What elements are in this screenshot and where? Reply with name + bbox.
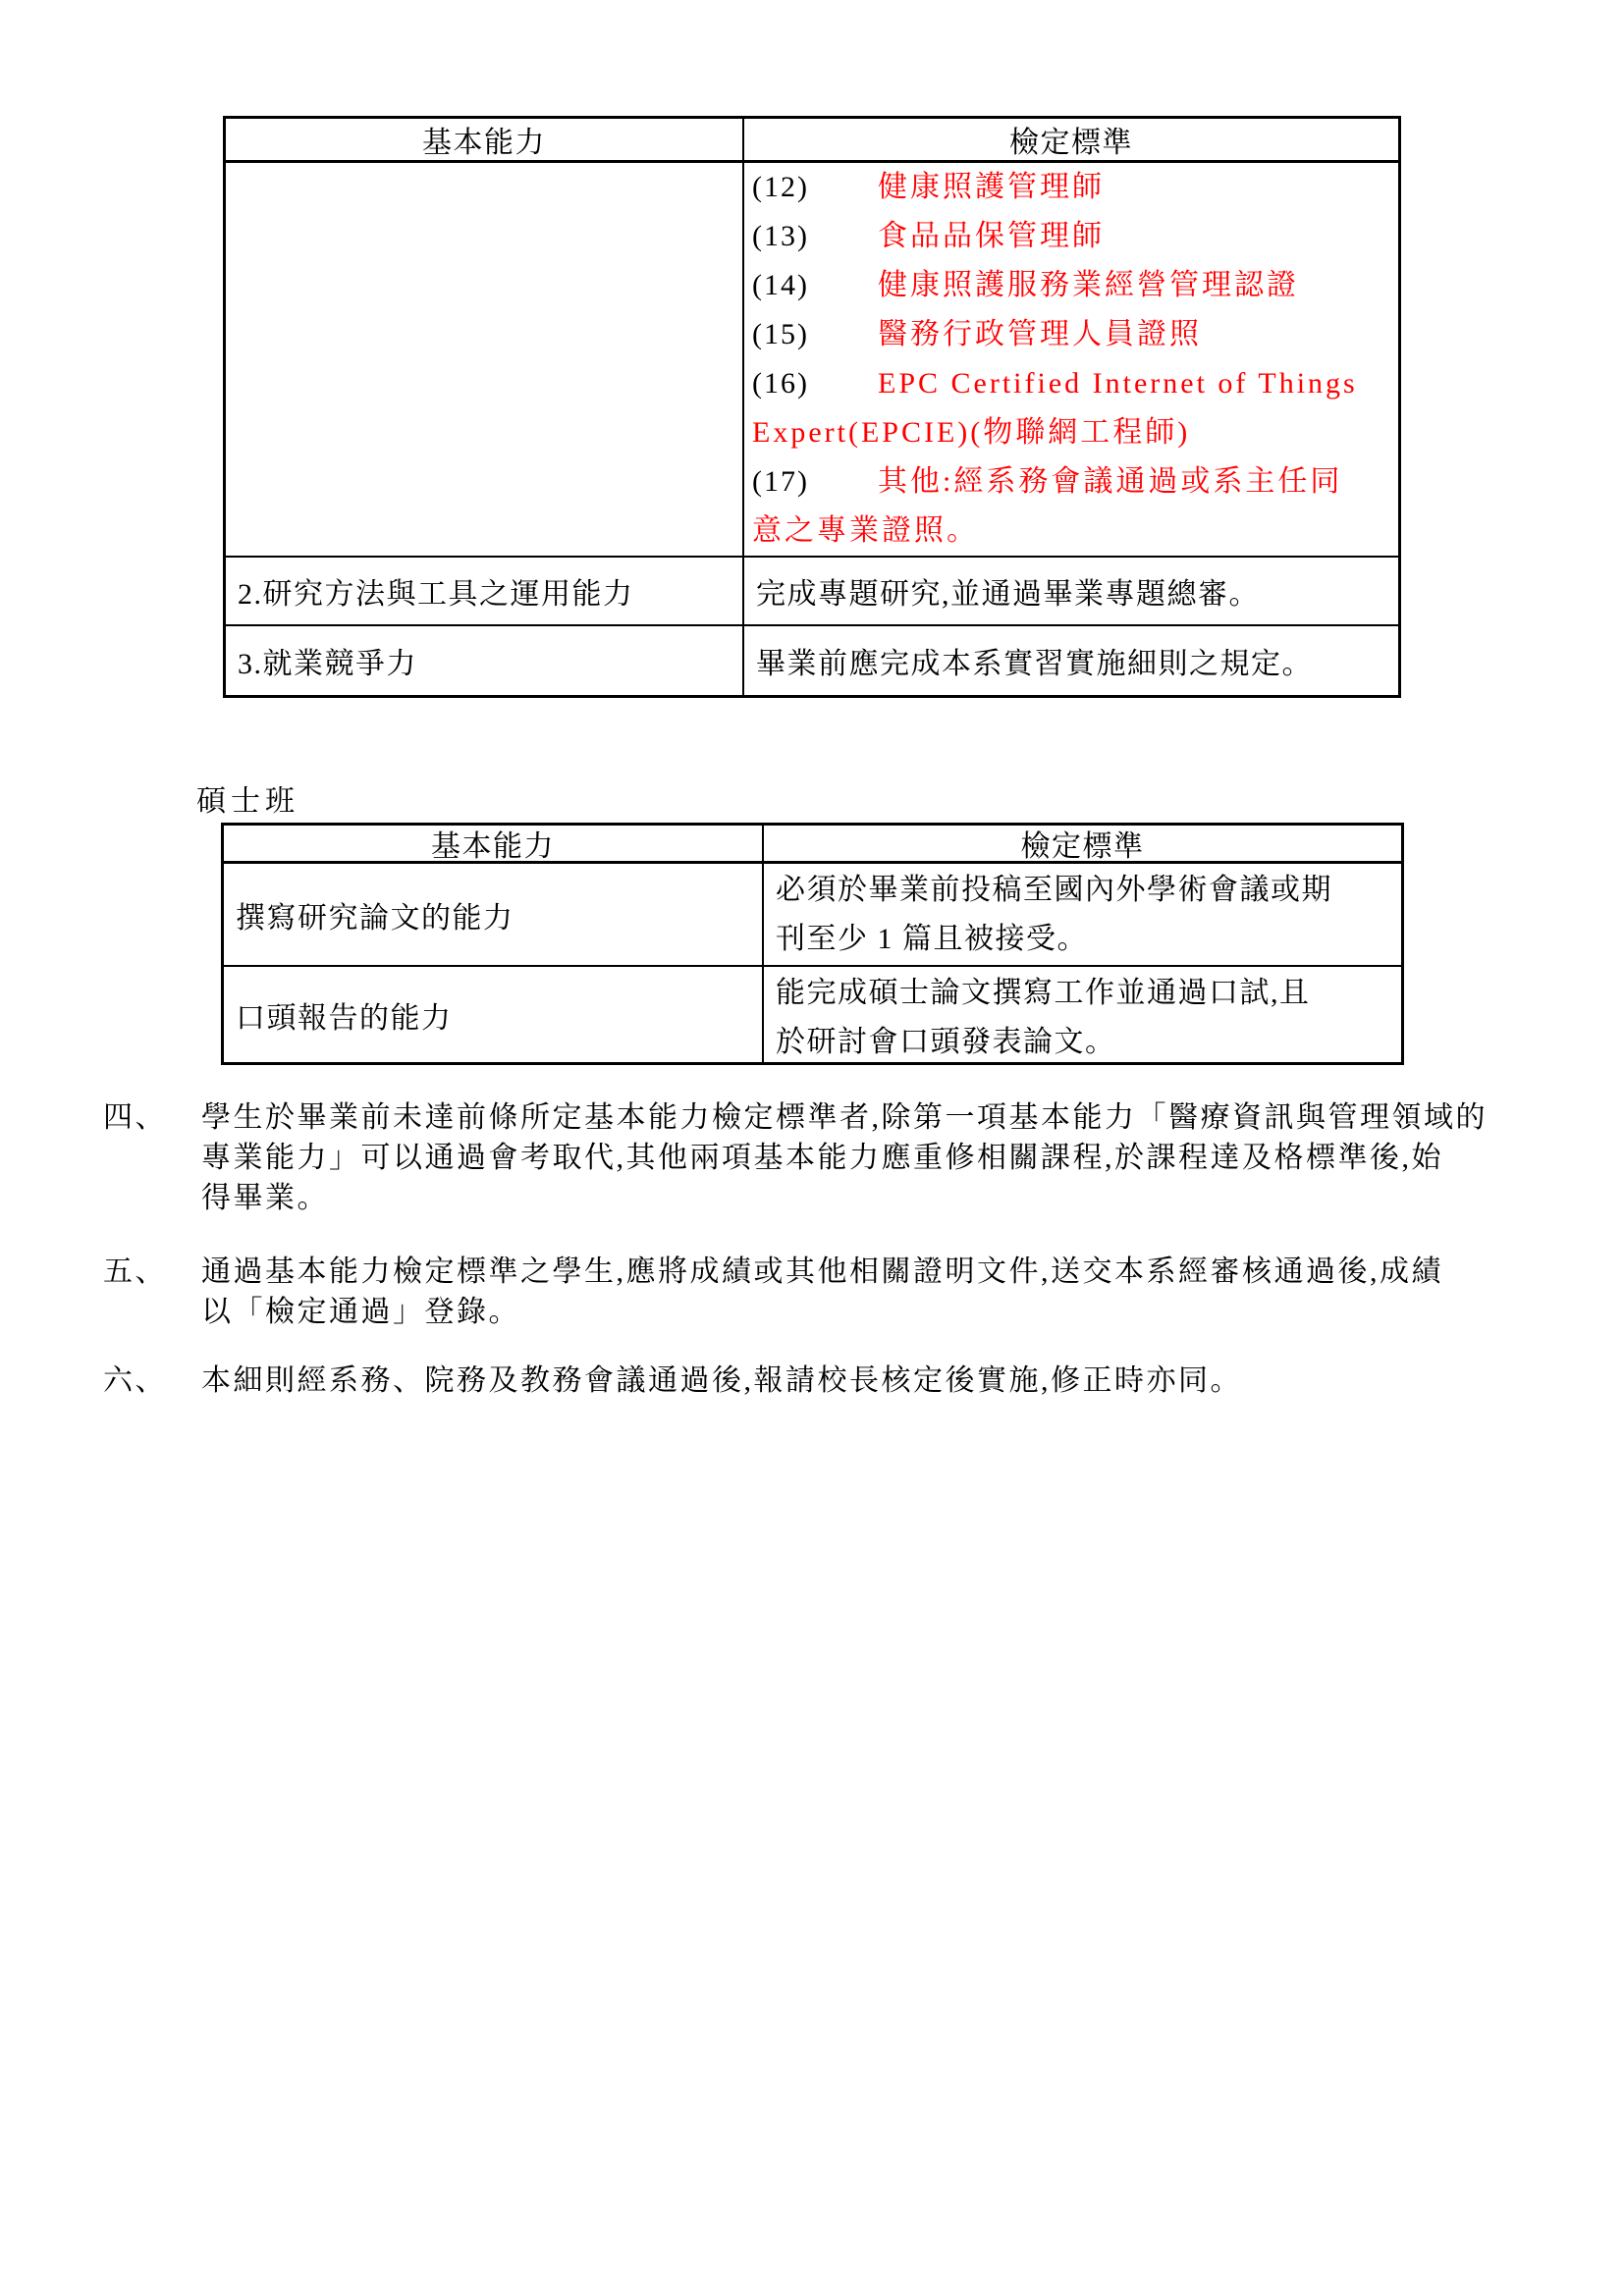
ability-cell: 3.就業競爭力	[226, 626, 744, 695]
standard-line: 必須於畢業前投稿至國內外學術會議或期	[776, 866, 1401, 915]
paragraph-body: 通過基本能力檢定標準之學生,應將成績或其他相關證明文件,送交本系經審核通過後,成…	[201, 1252, 1443, 1332]
paragraph-body: 學生於畢業前未達前條所定基本能力檢定標準者,除第一項基本能力「醫療資訊與管理領域…	[201, 1097, 1488, 1218]
paragraph-body: 本細則經系務、院務及教務會議通過後,報請校長核定後實施,修正時亦同。	[201, 1361, 1242, 1401]
table-row: 2.研究方法與工具之運用能力 完成專題研究,並通過畢業專題總審。	[226, 556, 1398, 624]
master-abilities-table: 基本能力 檢定標準 撰寫研究論文的能力 必須於畢業前投稿至國內外學術會議或期 刊…	[221, 823, 1404, 1065]
certificate-item: (13)食品品保管理師	[752, 212, 1398, 261]
certificate-number: (15)	[752, 310, 878, 359]
certificate-item: (16)EPC Certified Internet of Things	[752, 359, 1398, 408]
paragraph-marker: 五、	[103, 1252, 201, 1332]
certificate-number: (13)	[752, 212, 878, 261]
table-header-row: 基本能力 檢定標準	[224, 826, 1401, 864]
standard-cell: 完成專題研究,並通過畢業專題總審。	[744, 558, 1398, 624]
certificate-name: 健康照護服務業經營管理認證	[878, 269, 1299, 301]
header-certification-standard: 檢定標準	[744, 119, 1398, 160]
paragraph-line: 專業能力」可以通過會考取代,其他兩項基本能力應重修相關課程,於課程達及格標準後,…	[201, 1138, 1488, 1178]
paragraph-item-6: 六、 本細則經系務、院務及教務會議通過後,報請校長核定後實施,修正時亦同。	[103, 1361, 1242, 1401]
table-header-row: 基本能力 檢定標準	[226, 119, 1398, 163]
certificate-item: (14)健康照護服務業經營管理認證	[752, 261, 1398, 310]
certificate-item-continuation: 意之專業證照。	[752, 507, 1398, 556]
certificate-name: EPC Certified Internet of Things	[878, 367, 1358, 400]
certificate-number: (17)	[752, 457, 878, 507]
document-page: 基本能力 檢定標準 (12)健康照護管理師 (13)食品品保管理師 (14)健康…	[0, 0, 1624, 2296]
certificate-name: 其他:經系務會議通過或系主任同	[878, 465, 1342, 498]
certificate-item: (17)其他:經系務會議通過或系主任同	[752, 457, 1398, 507]
certificate-item: (12)健康照護管理師	[752, 163, 1398, 212]
header-certification-standard: 檢定標準	[764, 826, 1401, 861]
standard-line: 於研討會口頭發表論文。	[776, 1018, 1401, 1067]
certificate-number: (12)	[752, 163, 878, 212]
paragraph-line: 本細則經系務、院務及教務會議通過後,報請校長核定後實施,修正時亦同。	[201, 1361, 1242, 1401]
ability-cell: 撰寫研究論文的能力	[224, 864, 764, 965]
table-row: 3.就業競爭力 畢業前應完成本系實習實施細則之規定。	[226, 624, 1398, 695]
ability-cell: 口頭報告的能力	[224, 967, 764, 1062]
paragraph-marker: 四、	[103, 1097, 201, 1218]
paragraph-line: 通過基本能力檢定標準之學生,應將成績或其他相關證明文件,送交本系經審核通過後,成…	[201, 1252, 1443, 1292]
certificate-item: (15)醫務行政管理人員證照	[752, 310, 1398, 359]
certificate-number: (16)	[752, 359, 878, 408]
certificate-list-cell: (12)健康照護管理師 (13)食品品保管理師 (14)健康照護服務業經營管理認…	[744, 163, 1398, 556]
certificate-name: 醫務行政管理人員證照	[878, 318, 1202, 350]
certificate-item-continuation: Expert(EPCIE)(物聯網工程師)	[752, 408, 1398, 457]
paragraph-item-4: 四、 學生於畢業前未達前條所定基本能力檢定標準者,除第一項基本能力「醫療資訊與管…	[103, 1097, 1488, 1218]
standard-line: 刊至少 1 篇且被接受。	[776, 915, 1401, 964]
header-basic-ability: 基本能力	[226, 119, 744, 160]
table-row: 撰寫研究論文的能力 必須於畢業前投稿至國內外學術會議或期 刊至少 1 篇且被接受…	[224, 864, 1401, 965]
standard-cell: 畢業前應完成本系實習實施細則之規定。	[744, 626, 1398, 695]
certificate-number: (14)	[752, 261, 878, 310]
paragraph-item-5: 五、 通過基本能力檢定標準之學生,應將成績或其他相關證明文件,送交本系經審核通過…	[103, 1252, 1443, 1332]
standard-line: 能完成碩士論文撰寫工作並通過口試,且	[776, 969, 1401, 1018]
bachelor-abilities-table: 基本能力 檢定標準 (12)健康照護管理師 (13)食品品保管理師 (14)健康…	[223, 116, 1401, 698]
certificate-list-row: (12)健康照護管理師 (13)食品品保管理師 (14)健康照護服務業經營管理認…	[226, 163, 1398, 556]
paragraph-line: 學生於畢業前未達前條所定基本能力檢定標準者,除第一項基本能力「醫療資訊與管理領域…	[201, 1097, 1488, 1138]
ability-cell: 2.研究方法與工具之運用能力	[226, 558, 744, 624]
certificate-name: 食品品保管理師	[878, 220, 1105, 252]
master-program-label: 碩士班	[196, 785, 299, 819]
standard-cell: 能完成碩士論文撰寫工作並通過口試,且 於研討會口頭發表論文。	[764, 967, 1401, 1062]
ability-cell-blank	[226, 163, 744, 556]
table-row: 口頭報告的能力 能完成碩士論文撰寫工作並通過口試,且 於研討會口頭發表論文。	[224, 965, 1401, 1062]
certificate-name: 健康照護管理師	[878, 171, 1105, 203]
paragraph-line: 以「檢定通過」登錄。	[201, 1292, 1443, 1332]
header-basic-ability: 基本能力	[224, 826, 764, 861]
paragraph-marker: 六、	[103, 1361, 201, 1401]
paragraph-line: 得畢業。	[201, 1178, 1488, 1218]
standard-cell: 必須於畢業前投稿至國內外學術會議或期 刊至少 1 篇且被接受。	[764, 864, 1401, 965]
